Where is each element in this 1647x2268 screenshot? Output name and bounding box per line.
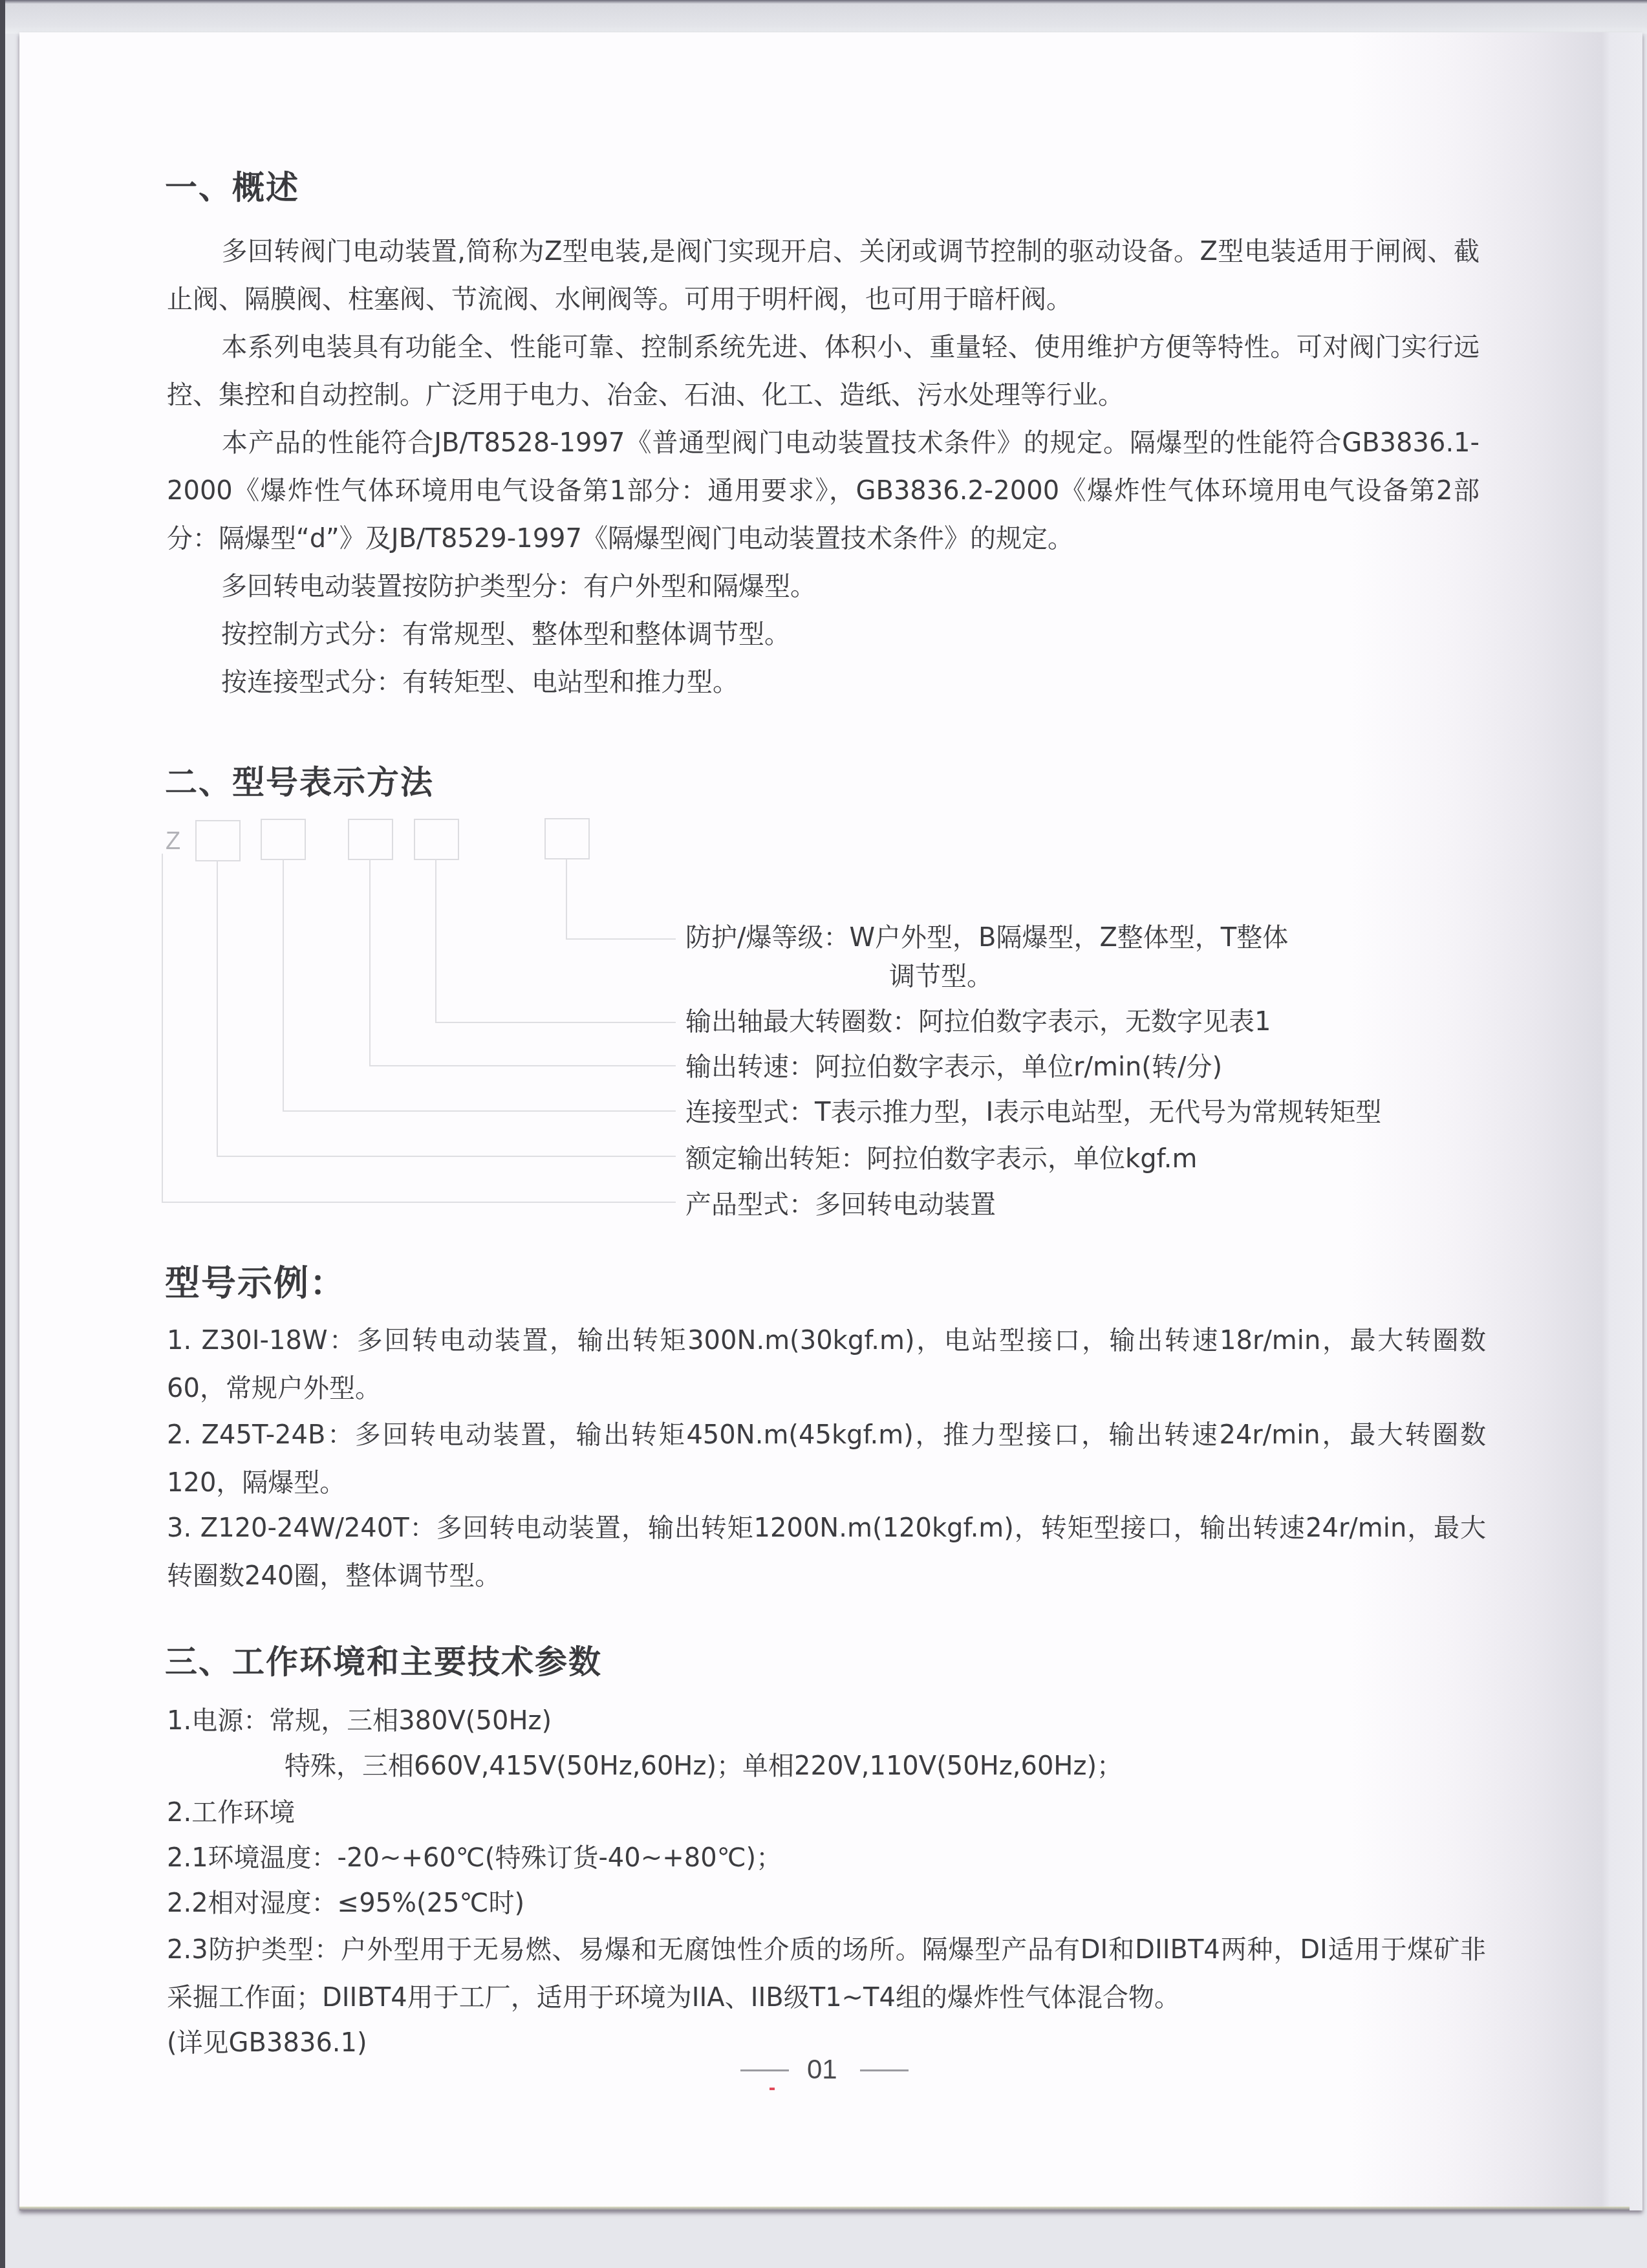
code-box-turns xyxy=(414,819,459,860)
code-box-speed xyxy=(348,819,393,860)
code-box-torque xyxy=(195,820,241,861)
leader-h-protection xyxy=(566,938,676,940)
power-supply-line: 1.电源：常规，三相380V(50Hz) xyxy=(167,1705,552,1737)
label-connection-type: 连接型式：T表示推力型，I表示电站型，无代号为常规转矩型 xyxy=(685,1096,1381,1129)
label-product-type: 产品型式：多回转电动装置 xyxy=(685,1189,996,1221)
section-heading-overview: 一、概述 xyxy=(165,162,299,208)
leader-v-protection xyxy=(566,859,567,939)
page-number-dash-right xyxy=(860,2069,909,2071)
leader-v-connection xyxy=(283,859,284,1111)
label-rated-torque: 额定输出转矩：阿拉伯数字表示，单位kgf.m xyxy=(685,1143,1197,1175)
overview-paragraph-6: 按连接型式分：有转矩型、电站型和推力型。 xyxy=(167,658,1480,706)
leader-h-product xyxy=(162,1202,676,1203)
relative-humidity-line: 2.2相对湿度：≤95%(25℃时) xyxy=(167,1887,524,1919)
example-item-2: 2. Z45T-24B：多回转电动装置，输出转矩450N.m(45kgf.m)，… xyxy=(167,1411,1486,1507)
leader-h-speed xyxy=(369,1065,676,1066)
section-heading-model-notation: 二、型号表示方法 xyxy=(165,757,434,803)
section-heading-environment: 三、工作环境和主要技术参数 xyxy=(165,1636,602,1683)
code-box-connection xyxy=(261,819,306,860)
ambient-temperature-line: 2.1环境温度：-20~+60℃(特殊订货-40~+80℃)； xyxy=(167,1842,782,1874)
overview-paragraph-1: 多回转阀门电动装置,简称为Z型电装,是阀门实现开启、关闭或调节控制的驱动设备。Z… xyxy=(167,228,1480,323)
example-item-3: 3. Z120-24W/240T：多回转电动装置，输出转矩1200N.m(120… xyxy=(167,1504,1486,1600)
reference-note: (详见GB3836.1) xyxy=(167,2027,367,2059)
leader-h-connection xyxy=(283,1110,676,1112)
leader-h-turns xyxy=(435,1022,676,1023)
leader-v-product xyxy=(162,854,163,1203)
model-prefix-z: Z xyxy=(166,828,180,856)
label-max-turns: 输出轴最大转圈数：阿拉伯数字表示，无数字见表1 xyxy=(685,1006,1271,1038)
examples-heading: 型号示例： xyxy=(165,1256,346,1306)
protection-type-paragraph: 2.3防护类型：户外型用于无易燃、易爆和无腐蚀性介质的场所。隔爆型产品有DI和D… xyxy=(167,1926,1486,2022)
label-protection-grade: 防护/爆等级：W户外型，B隔爆型，Z整体型，T整体 xyxy=(685,922,1288,954)
leader-h-torque xyxy=(217,1156,676,1157)
overview-paragraph-3: 本产品的性能符合JB/T8528-1997《普通型阀门电动装置技术条件》的规定。… xyxy=(167,419,1480,563)
code-box-protection xyxy=(544,818,590,859)
page-content: 一、概述 多回转阀门电动装置,简称为Z型电装,是阀门实现开启、关闭或调节控制的驱… xyxy=(0,0,1647,2268)
leader-v-turns xyxy=(435,859,436,1022)
leader-v-speed xyxy=(369,859,371,1066)
overview-paragraph-5: 按控制方式分：有常规型、整体型和整体调节型。 xyxy=(167,610,1480,658)
page-number-dash-left xyxy=(740,2069,789,2071)
leader-v-torque xyxy=(217,860,218,1156)
page-number: 01 xyxy=(807,2054,837,2085)
label-output-speed: 输出转速：阿拉伯数字表示，单位r/min(转/分) xyxy=(685,1051,1222,1083)
overview-paragraph-4: 多回转电动装置按防护类型分：有户外型和隔爆型。 xyxy=(167,563,1480,610)
label-protection-grade-cont: 调节型。 xyxy=(889,960,993,993)
power-supply-special-line: 特殊，三相660V,415V(50Hz,60Hz)；单相220V,110V(50… xyxy=(285,1750,1123,1782)
overview-paragraph-2: 本系列电装具有功能全、性能可靠、控制系统先进、体积小、重量轻、使用维护方便等特性… xyxy=(167,323,1480,419)
example-item-1: 1. Z30I-18W：多回转电动装置，输出转矩300N.m(30kgf.m)，… xyxy=(167,1317,1486,1412)
scan-artifact-mark xyxy=(770,2088,775,2090)
work-environment-heading: 2.工作环境 xyxy=(167,1797,295,1829)
